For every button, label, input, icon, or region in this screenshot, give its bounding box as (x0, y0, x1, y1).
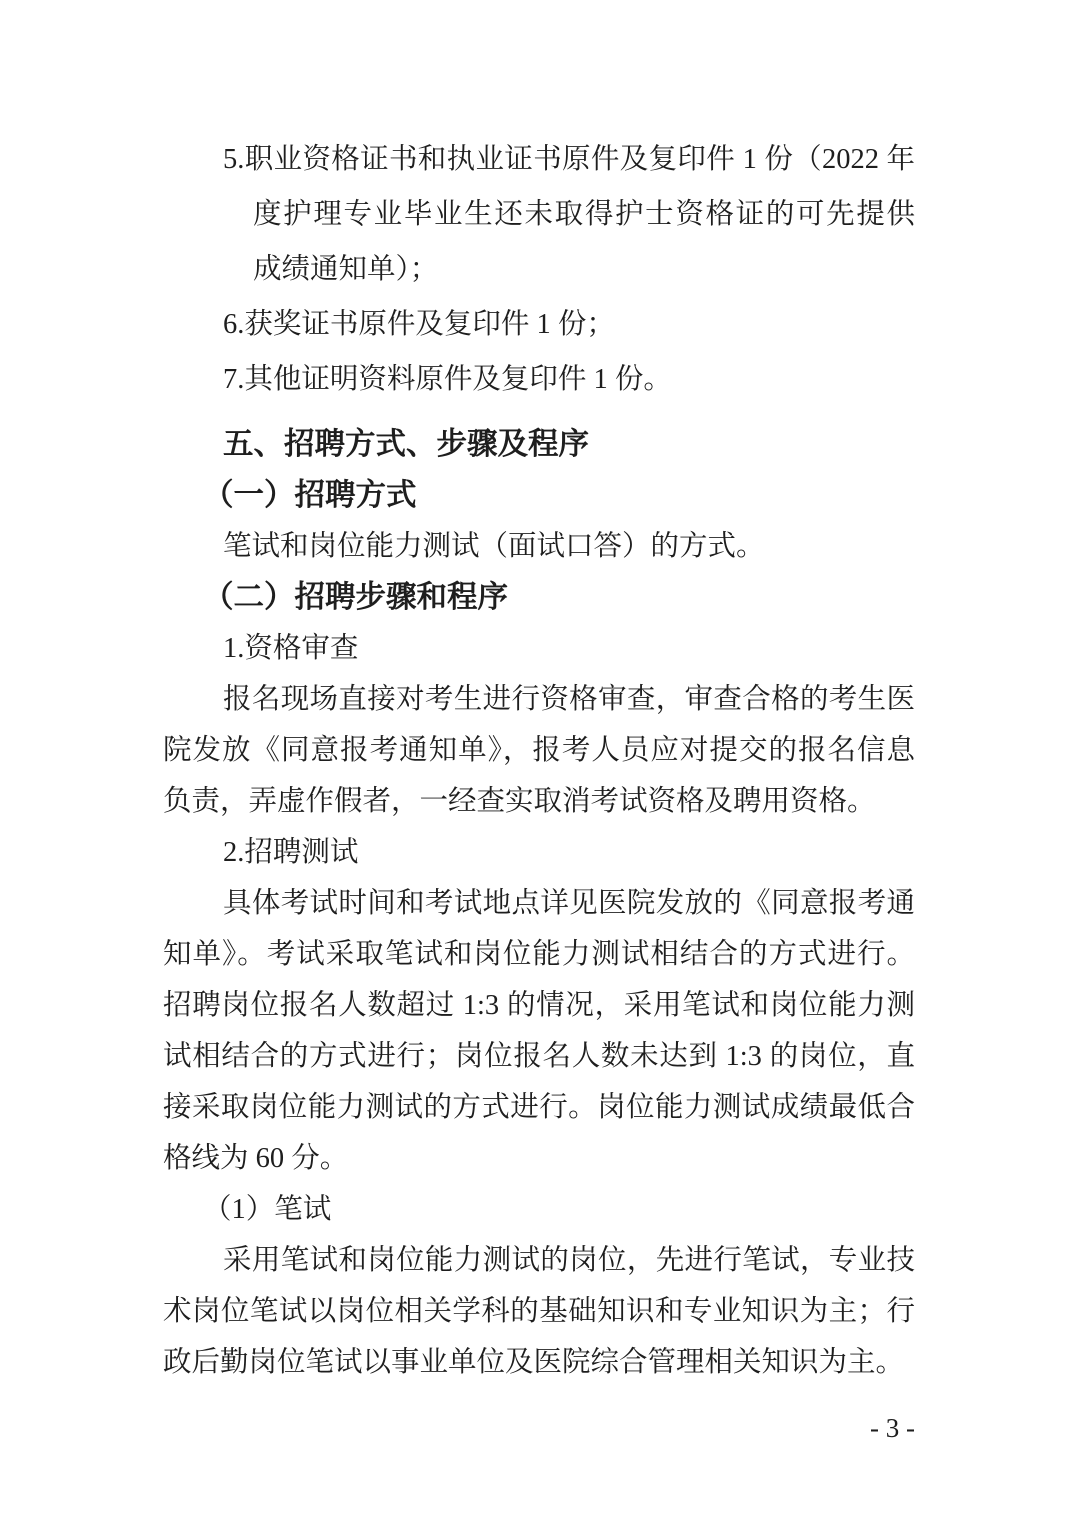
step-1-line-2: 院发放《同意报考通知单》，报考人员应对提交的报名信息 (163, 725, 915, 776)
step-2-line-2: 知单》。考试采取笔试和岗位能力测试相结合的方式进行。 (163, 929, 915, 980)
document-page: 5.职业资格证书和执业证书原件及复印件 1 份（2022 年 度护理专业毕业生还… (0, 0, 1080, 1527)
step-2-line-5: 接采取岗位能力测试的方式进行。岗位能力测试成绩最低合 (163, 1082, 915, 1133)
step-1-line-3: 负责，弄虚作假者，一经查实取消考试资格及聘用资格。 (163, 776, 915, 827)
step-1-line-1: 报名现场直接对考生进行资格审查，审查合格的考生医 (163, 674, 915, 725)
list-item-5-line-1: 5.职业资格证书和执业证书原件及复印件 1 份（2022 年 (163, 132, 915, 187)
list-item-5-line-2: 度护理专业毕业生还未取得护士资格证的可先提供 (163, 187, 915, 242)
written-test-line-3: 政后勤岗位笔试以事业单位及医院综合管理相关知识为主。 (163, 1337, 915, 1388)
step-2-line-3: 招聘岗位报名人数超过 1:3 的情况，采用笔试和岗位能力测 (163, 980, 915, 1031)
step-1-title: 1.资格审查 (163, 623, 915, 674)
list-item-6: 6.获奖证书原件及复印件 1 份； (163, 297, 915, 352)
subsection-heading-5-1: （一）招聘方式 (163, 470, 915, 521)
written-test-title: （1）笔试 (163, 1184, 915, 1235)
page-number: - 3 - (0, 1412, 915, 1444)
section-heading-5: 五、招聘方式、步骤及程序 (163, 419, 915, 470)
list-item-7: 7.其他证明资料原件及复印件 1 份。 (163, 352, 915, 407)
step-2-line-6: 格线为 60 分。 (163, 1133, 915, 1184)
step-2-title: 2.招聘测试 (163, 827, 915, 878)
list-item-5-line-3: 成绩通知单）； (163, 242, 915, 297)
document-body: 5.职业资格证书和执业证书原件及复印件 1 份（2022 年 度护理专业毕业生还… (163, 132, 915, 1388)
written-test-line-2: 术岗位笔试以岗位相关学科的基础知识和专业知识为主；行 (163, 1286, 915, 1337)
step-2-line-4: 试相结合的方式进行；岗位报名人数未达到 1:3 的岗位，直 (163, 1031, 915, 1082)
recruit-method-text: 笔试和岗位能力测试（面试口答）的方式。 (163, 521, 915, 572)
subsection-heading-5-2: （二）招聘步骤和程序 (163, 572, 915, 623)
step-2-line-1: 具体考试时间和考试地点详见医院发放的《同意报考通 (163, 878, 915, 929)
written-test-line-1: 采用笔试和岗位能力测试的岗位，先进行笔试，专业技 (163, 1235, 915, 1286)
